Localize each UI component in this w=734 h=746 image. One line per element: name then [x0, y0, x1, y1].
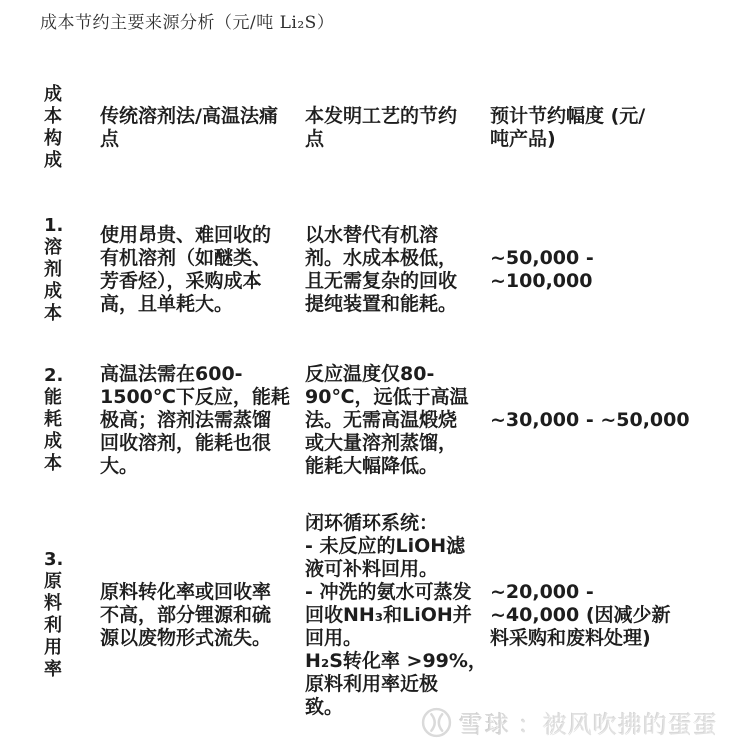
header-pain-points: 传统溶剂法/高温法痛 点: [100, 60, 305, 195]
xueqiu-watermark: 雪球 ：被风吹拂的蛋蛋: [421, 705, 718, 740]
header-cost-category: 成 本 构 成: [44, 60, 100, 195]
row-energy-range: ~30,000 - ~50,000: [487, 345, 727, 495]
row-energy-label: 2. 能 耗 成 本: [44, 345, 100, 495]
row-solvent-saving: 以水替代有机溶 剂。水成本极低， 且无需复杂的回收 提纯装置和能耗。: [305, 195, 487, 345]
row-solvent-pain: 使用昂贵、难回收的 有机溶剂（如醚类、 芳香烃），采购成本 高，且单耗大。: [100, 195, 305, 345]
row-material-label: 3. 原 料 利 用 率: [44, 495, 100, 735]
row-material-pain: 原料转化率或回收率 不高，部分锂源和硫 源以废物形式流失。: [100, 495, 305, 735]
cost-savings-table: 成 本 构 成 传统溶剂法/高温法痛 点 本发明工艺的节约 点 预计节约幅度 (…: [44, 60, 727, 735]
snowball-logo-icon: [421, 707, 452, 738]
row-solvent-range: ~50,000 - ~100,000: [487, 195, 727, 345]
page-title: 成本节约主要来源分析（元/吨 Li₂S）: [40, 8, 334, 33]
header-saving-points: 本发明工艺的节约 点: [305, 60, 487, 195]
row-energy-saving: 反应温度仅80- 90℃，远低于高温 法。无需高温煅烧 或大量溶剂蒸馏， 能耗大…: [305, 345, 487, 495]
watermark-brand-text: 雪球: [459, 705, 511, 740]
row-material-saving: 闭环循环系统： - 未反应的LiOH滤 液可补料回用。 - 冲洗的氨水可蒸发 回…: [305, 495, 487, 735]
row-material-range: ~20,000 - ~40,000 (因减少新 料采购和废料处理): [487, 495, 727, 735]
row-solvent-label: 1. 溶 剂 成 本: [44, 195, 100, 345]
header-saving-range: 预计节约幅度 (元/ 吨产品): [487, 60, 727, 195]
row-energy-pain: 高温法需在600- 1500℃下反应，能耗 极高；溶剂法需蒸馏 回收溶剂，能耗也…: [100, 345, 305, 495]
watermark-user-text: ：被风吹拂的蛋蛋: [518, 705, 718, 740]
